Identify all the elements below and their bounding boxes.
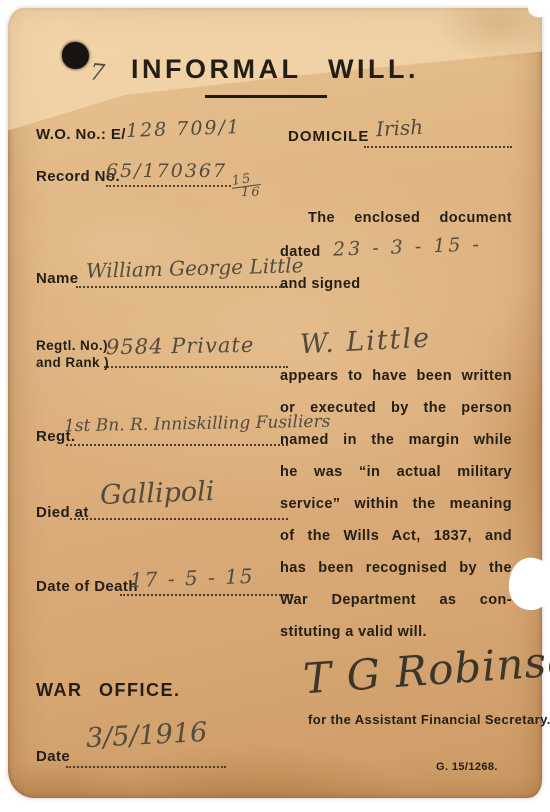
enclosed-document-line: The enclosed document — [280, 210, 512, 226]
and-signed-line: and signed — [280, 276, 361, 292]
paragraph-line: he was “in actual military — [280, 456, 512, 488]
testator-signature: W. Little — [299, 323, 432, 361]
scanned-document-page: { "document": { "title": "INFORMAL WILL.… — [0, 0, 550, 812]
record-no-main: 65/170367 — [106, 160, 227, 182]
domicile-value: Irish — [375, 115, 423, 141]
record-no-fraction-bottom: 16 — [233, 187, 262, 198]
for-assistant-financial-secretary-line: for the Assistant Financial Secretary. — [308, 712, 550, 727]
record-no-value: 65/1703671516 — [106, 160, 262, 198]
name-label: Name — [36, 270, 78, 287]
regtl-no-value: 9584 Private — [106, 333, 255, 360]
form-number: G. 15/1268. — [436, 761, 498, 773]
title-underline-rule — [205, 95, 327, 98]
paragraph-line: service” within the meaning — [280, 488, 512, 520]
date-value: 3/5/1916 — [85, 717, 208, 754]
record-no-fraction: 1516 — [233, 174, 262, 198]
legal-paragraph: appears to have been written or executed… — [280, 360, 512, 648]
paragraph-line: War Department as con- — [280, 584, 512, 616]
and-rank-label: and Rank ) — [36, 355, 109, 370]
dated-value: 23 - 3 - 15 - — [333, 233, 483, 260]
died-at-value: Gallipoli — [99, 476, 214, 511]
paragraph-line: appears to have been written — [280, 360, 512, 392]
paragraph-line: of the Wills Act, 1837, and — [280, 520, 512, 552]
war-office-heading: WAR OFFICE. — [36, 680, 181, 701]
date-of-death-value: 17 - 5 - 15 — [130, 564, 255, 592]
page-title: INFORMAL WILL. — [8, 54, 542, 85]
wo-no-value: 128 709/1 — [126, 116, 242, 142]
wo-no-label: W.O. No.: E/ — [36, 126, 126, 143]
paragraph-line: has been recognised by the — [280, 552, 512, 584]
date-label: Date — [36, 748, 70, 765]
regtl-no-label: Regtl. No.) — [36, 338, 108, 353]
domicile-label: DOMICILE — [288, 128, 369, 145]
aged-paper-form: 7 INFORMAL WILL. W.O. No.: E/ 128 709/1 … — [8, 8, 542, 798]
